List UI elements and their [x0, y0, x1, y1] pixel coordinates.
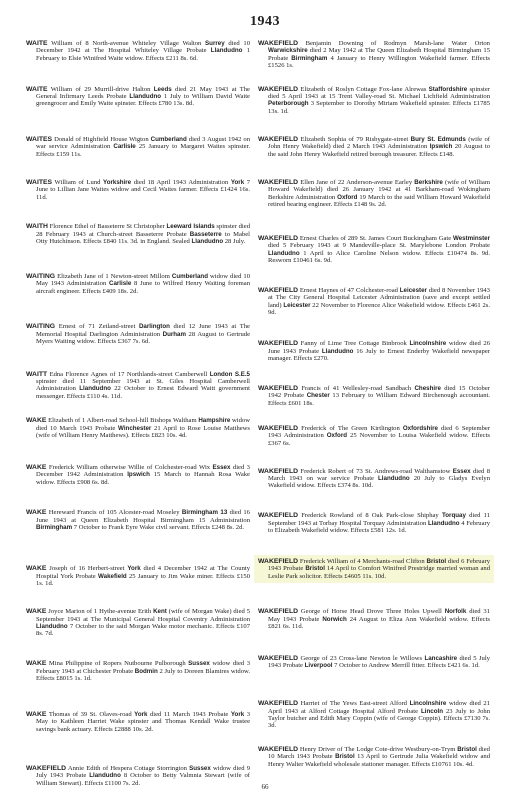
entry-surname: WAKE — [26, 565, 46, 572]
entry-place: Berkshire — [414, 179, 443, 186]
entry-place: Carlisle — [113, 143, 135, 150]
entry-surname: WAKE — [26, 711, 46, 718]
probate-entry: WAKE Hereward Francis of 105 Alcester-ro… — [26, 509, 250, 531]
entry-place: York — [231, 179, 244, 186]
probate-entry: WAKEFIELD George of 23 Cross-lane Newton… — [258, 655, 490, 670]
entry-surname: WAKEFIELD — [258, 235, 298, 242]
entry-place: Leeds — [154, 86, 172, 93]
probate-entry: WAKE Thomas of 39 St. Olaves-road York d… — [26, 711, 250, 733]
entry-surname: WAKEFIELD — [258, 287, 298, 294]
entry-place: Durham — [163, 331, 186, 338]
entry-surname: WAKEFIELD — [258, 385, 298, 392]
probate-entry: WAKEFIELD Ernest Charles of 289 St. Jame… — [258, 235, 490, 265]
entry-place: Lincoln — [421, 708, 443, 715]
entry-place: London S.E.5 — [210, 371, 250, 378]
probate-entry: WAKEFIELD Frederick Rowland of 8 Oak Par… — [258, 512, 490, 534]
entry-place: Hampshire — [198, 417, 230, 424]
entry-place: Bristol — [426, 558, 446, 565]
entry-place: Llandudno — [36, 623, 68, 630]
entry-place: Darlington — [139, 323, 170, 330]
entry-surname: WAKEFIELD — [258, 86, 298, 93]
entry-surname: WAITT — [26, 371, 47, 378]
entry-place: Llandudno — [79, 385, 111, 392]
entry-place: Llandudno — [191, 238, 223, 245]
probate-entry: WAKEFIELD Henry Driver of The Lodge Cote… — [258, 746, 490, 768]
probate-entry: WAKEFIELD Francis of 41 Wellesley-road S… — [258, 385, 490, 407]
entry-surname: WAITE — [26, 40, 48, 47]
entry-place: York — [134, 711, 147, 718]
probate-entry: WAKE Frederick William otherwise Willie … — [26, 464, 250, 486]
entry-place: Cheshire — [414, 385, 440, 392]
entry-place: Yorkshire — [103, 179, 131, 186]
probate-entry: WAITING Elizabeth Jane of 1 Newton-stree… — [26, 273, 250, 295]
entry-surname: WAKE — [26, 417, 46, 424]
entry-place: Liverpool — [305, 662, 333, 669]
entry-place: Bristol — [335, 753, 355, 760]
entry-place: Wakefield — [98, 573, 127, 580]
entry-place: Kent — [153, 608, 167, 615]
entry-surname: WAKEFIELD — [258, 468, 298, 475]
probate-entry: WAKEFIELD Elizabeth Sophia of 79 Risbyga… — [258, 136, 490, 158]
probate-entry: WAITES William of Lund Yorkshire died 18… — [26, 179, 250, 201]
entry-surname: WAKE — [26, 608, 46, 615]
probate-entry: WAITT Edna Florence Agnes of 17 Northlan… — [26, 371, 250, 401]
entry-place: Norwich — [322, 616, 346, 623]
entry-place: Bristol — [457, 746, 477, 753]
entry-place: Essex — [453, 468, 471, 475]
entry-surname: WAKE — [26, 509, 46, 516]
entry-place: Cumberland — [172, 273, 208, 280]
entry-place: Surrey — [205, 40, 225, 47]
entry-place: Llandudno — [211, 47, 243, 54]
probate-entry: WAITES Donald of Highfield House Wigton … — [26, 136, 250, 158]
entry-place: York — [127, 565, 140, 572]
entry-place: Basseterre — [190, 231, 222, 238]
probate-entry: WAKEFIELD Frederick Robert of 73 St. And… — [258, 468, 490, 490]
entry-place: Lancashire — [424, 655, 457, 662]
entry-place: Lincolnshire — [409, 340, 446, 347]
entry-surname: WAKE — [26, 464, 46, 471]
entry-surname: WAITH — [26, 223, 48, 230]
entry-place: Sussex — [189, 765, 211, 772]
entry-place: Staffordshire — [429, 86, 468, 93]
probate-entry: WAITE William of 8 North-avenue Whiteley… — [26, 40, 250, 62]
probate-entry: WAITING Ernest of 71 Zetland-street Darl… — [26, 323, 250, 345]
entry-place: Torquay — [442, 512, 466, 519]
entry-place: Winchester — [118, 425, 151, 432]
entry-place: Llandudno — [428, 520, 460, 527]
entry-surname: WAITES — [26, 136, 52, 143]
entry-surname: WAITES — [26, 179, 52, 186]
entry-surname: WAKEFIELD — [258, 425, 298, 432]
entry-place: Westminster — [453, 235, 490, 242]
entry-surname: WAKEFIELD — [258, 40, 298, 47]
entry-place: Oxford — [337, 194, 357, 201]
entry-place: Chester — [307, 392, 330, 399]
probate-entry: WAKEFIELD Ernest Haynes of 47 Colchester… — [258, 287, 490, 317]
entry-surname: WAKEFIELD — [26, 765, 66, 772]
probate-entry: WAKE Mina Philippine of Ropers Nutbourne… — [26, 660, 250, 682]
entry-surname: WAITING — [26, 323, 55, 330]
entry-place: Ipswich — [127, 471, 150, 478]
entry-surname: WAKE — [26, 660, 46, 667]
probate-entry: WAKEFIELD Benjamin Downing of Rodmyn Mar… — [258, 40, 490, 70]
entry-surname: WAKEFIELD — [258, 179, 298, 186]
entry-place: Bury St. Edmunds — [411, 136, 466, 143]
entry-place: Bodmin — [135, 668, 158, 675]
probate-entry: WAKEFIELD George of Horse Head Drove Thr… — [258, 608, 490, 630]
entry-place: Warwickshire — [268, 47, 308, 54]
entry-place: Birmingham — [36, 524, 72, 531]
probate-entry: WAKE Joyce Marion of 1 Hythe-avenue Erit… — [26, 608, 250, 638]
page-number: 66 — [0, 783, 530, 791]
probate-entry-highlighted: WAKEFIELD Frederick William of 4 Merchan… — [254, 555, 494, 583]
entry-surname: WAKEFIELD — [258, 746, 298, 753]
entry-surname: WAITING — [26, 273, 55, 280]
entry-place: Bristol — [305, 565, 325, 572]
entry-place: Leicester — [400, 287, 427, 294]
entry-place: Norfolk — [445, 608, 467, 615]
entry-place: Birmingham 13 — [182, 509, 227, 516]
entry-surname: WAITE — [26, 86, 48, 93]
entry-surname: WAKEFIELD — [258, 136, 298, 143]
entry-place: Llandudno — [378, 475, 410, 482]
entry-place: Birmingham — [291, 55, 327, 62]
entry-place: Carlisle — [109, 280, 131, 287]
entry-surname: WAKEFIELD — [258, 558, 298, 565]
entry-place: Llandudno — [322, 348, 354, 355]
entry-place: Oxford — [327, 432, 347, 439]
page-year-heading: 1943 — [0, 14, 530, 30]
probate-entry: WAKEFIELD Frederick of The Green Kirtlin… — [258, 425, 490, 447]
probate-entry: WAKEFIELD Ellen Jane of 22 Anderson-aven… — [258, 179, 490, 209]
entry-surname: WAKEFIELD — [258, 512, 298, 519]
entry-place: Cumberland — [151, 136, 187, 143]
entry-place: Llandudno — [268, 250, 300, 257]
entry-place: Oxfordshire — [403, 425, 438, 432]
entry-surname: WAKEFIELD — [258, 655, 298, 662]
entry-surname: WAKEFIELD — [258, 340, 298, 347]
entry-place: Ipswich — [430, 143, 453, 150]
entry-place: Llandudno — [129, 93, 161, 100]
entry-place: Leeward Islands — [166, 223, 214, 230]
entry-place: Peterborough — [268, 100, 309, 107]
probate-entry: WAKE Joseph of 16 Herbert-street York di… — [26, 565, 250, 587]
entry-place: Essex — [213, 464, 231, 471]
probate-entry: WAKEFIELD Harriet of The Yews East-stree… — [258, 700, 490, 730]
entry-place: Leicester — [283, 302, 310, 309]
entry-place: Sussex — [188, 660, 210, 667]
entry-place: York — [231, 711, 244, 718]
probate-entry: WAKE Elizabeth of 1 Albert-road School-h… — [26, 417, 250, 439]
probate-entry: WAITH Florence Ethel of Basseterre St Ch… — [26, 223, 250, 245]
probate-entry: WAKEFIELD Elizabeth of Roslyn Cottage Fo… — [258, 86, 490, 116]
probate-entry: WAITE William of 29 Murrill-drive Halton… — [26, 86, 250, 108]
entry-surname: WAKEFIELD — [258, 608, 298, 615]
entry-surname: WAKEFIELD — [258, 700, 298, 707]
entry-place: Llandudno — [89, 772, 121, 779]
entry-place: Lincolnshire — [410, 700, 447, 707]
probate-entry: WAKEFIELD Fanny of Lime Tree Cottage Bin… — [258, 340, 490, 362]
